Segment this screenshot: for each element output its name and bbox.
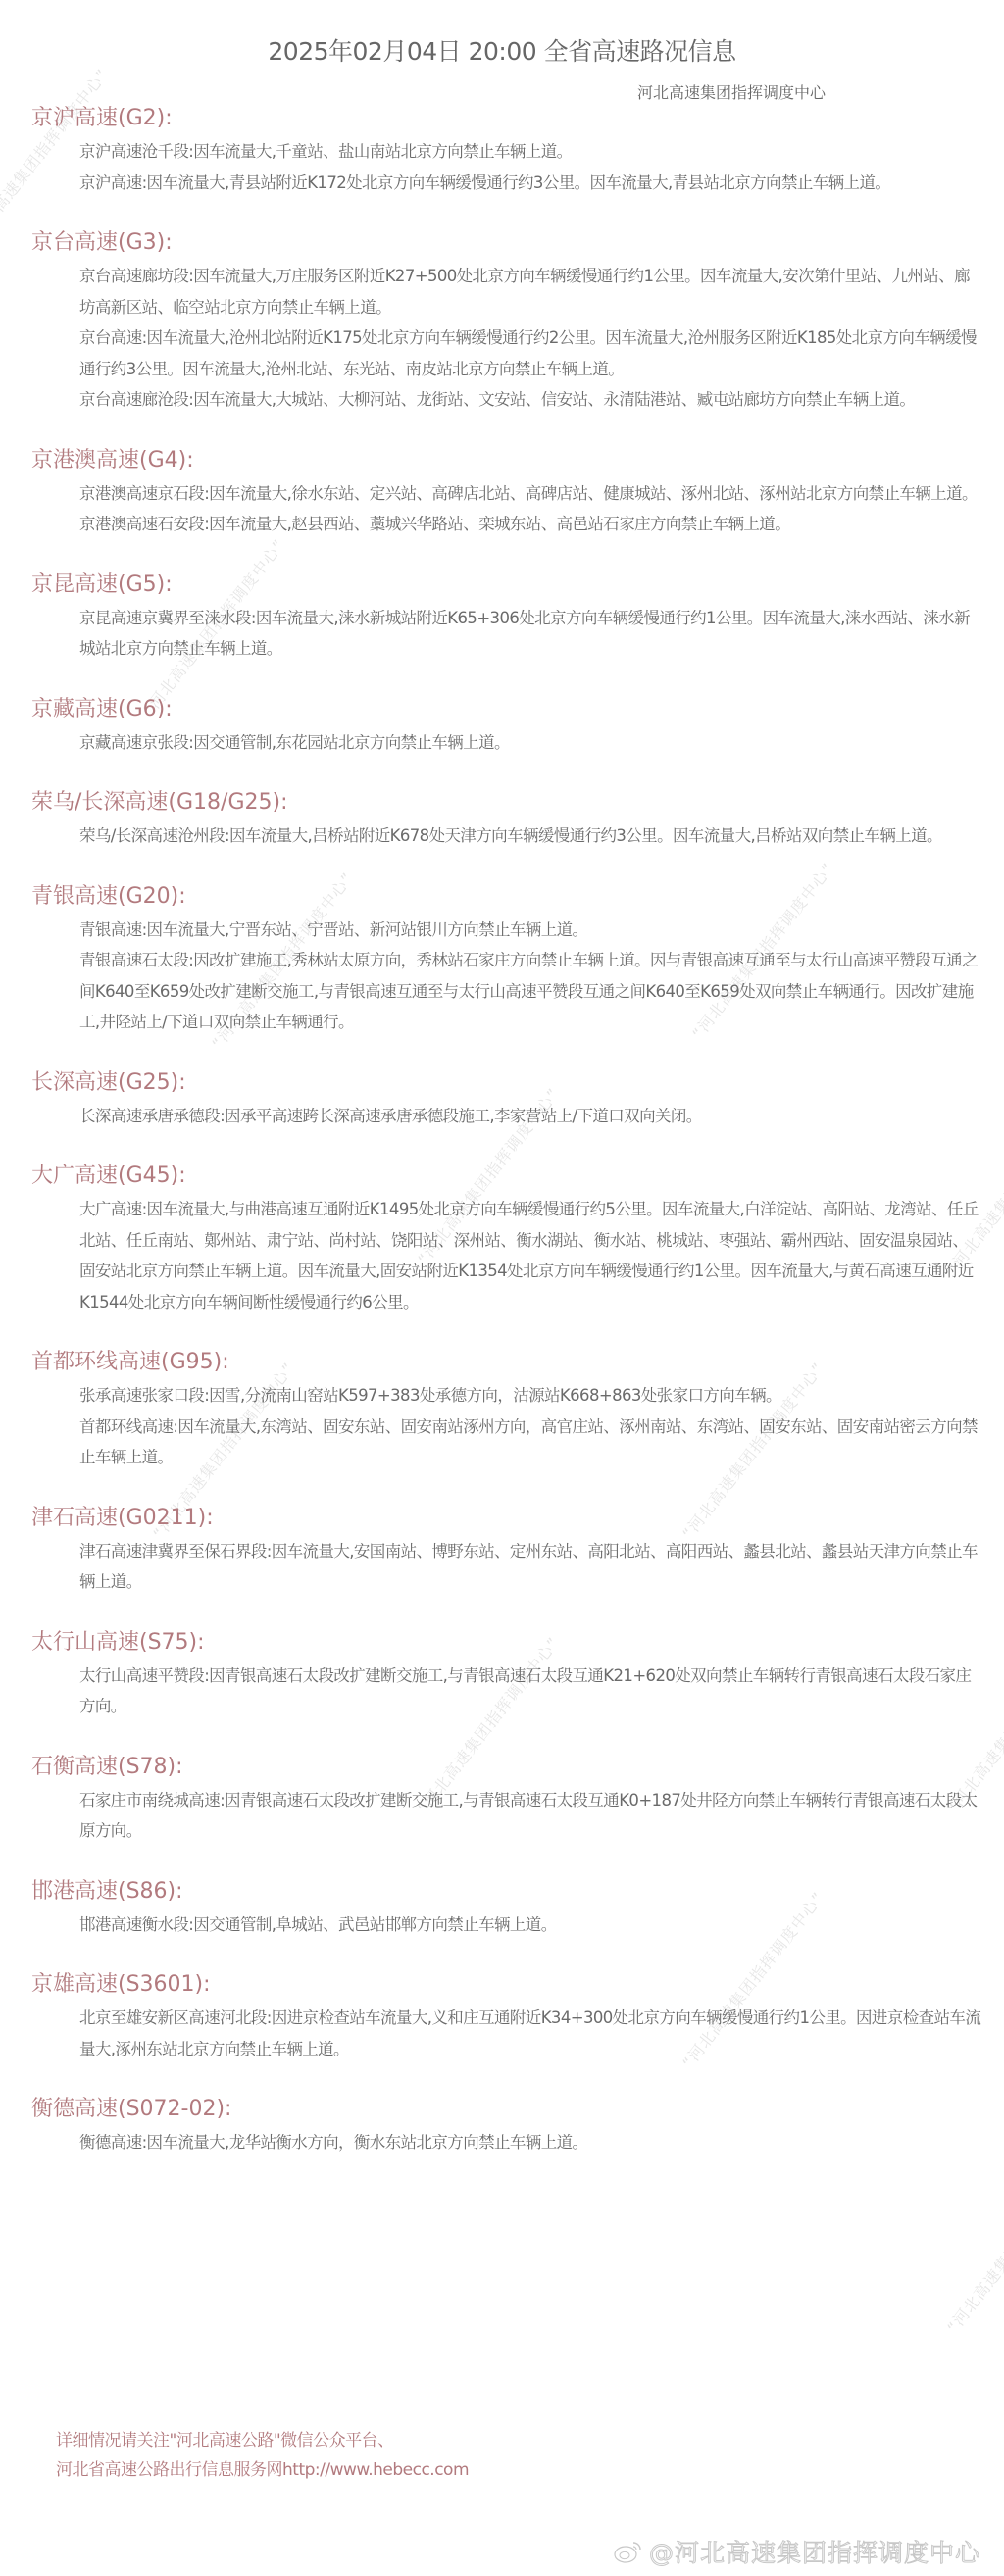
section-s78: 石衡高速(S78): 石家庄市南绕城高速:因青银高速石太段改扩建断交施工,与青银… <box>31 1752 982 1847</box>
section-g4: 京港澳高速(G4): 京港澳高速京石段:因车流量大,徐水东站、定兴站、高碑店北站… <box>31 445 982 540</box>
section-title: 首都环线高速(G95): <box>31 1347 982 1378</box>
section-title: 京沪高速(G2): <box>31 103 982 134</box>
status-entry: 邯港高速衡水段:因交通管制,阜城站、武邑站邯郸方向禁止车辆上道。 <box>79 1909 982 1941</box>
status-entry: 长深高速承唐承德段:因承平高速跨长深高速承唐承德段施工,李家营站上/下道口双向关… <box>79 1101 982 1132</box>
section-g95: 首都环线高速(G95): 张承高速张家口段:因雪,分流南山窑站K597+383处… <box>31 1347 982 1473</box>
section-g2: 京沪高速(G2): 京沪高速沧千段:因车流量大,千童站、盐山南站北京方向禁止车辆… <box>31 103 982 198</box>
section-title: 邯港高速(S86): <box>31 1876 982 1907</box>
status-entry: 京藏高速京张段:因交通管制,东花园站北京方向禁止车辆上道。 <box>79 727 982 759</box>
status-entry: 石家庄市南绕城高速:因青银高速石太段改扩建断交施工,与青银高速石太段互通K0+1… <box>79 1785 982 1847</box>
section-title: 太行山高速(S75): <box>31 1627 982 1659</box>
section-g20: 青银高速(G20): 青银高速:因车流量大,宁晋东站、宁晋站、新河站银川方向禁止… <box>31 881 982 1038</box>
section-g25: 长深高速(G25): 长深高速承唐承德段:因承平高速跨长深高速承唐承德段施工,李… <box>31 1067 982 1132</box>
status-entry: 青银高速:因车流量大,宁晋东站、宁晋站、新河站银川方向禁止车辆上道。 <box>79 915 982 946</box>
page-title: 2025年02月04日 20:00 全省高速路况信息 <box>0 32 1004 68</box>
weibo-watermark: @河北高速集团指挥调度中心 <box>614 2534 980 2569</box>
status-entry: 张承高速张家口段:因雪,分流南山窑站K597+383处承德方向，沽源站K668+… <box>79 1380 982 1412</box>
status-entry: 京昆高速京冀界至涞水段:因车流量大,涞水新城站附近K65+306处北京方向车辆缓… <box>79 603 982 665</box>
page-subtitle: 河北高速集团指挥调度中心 <box>637 80 826 103</box>
section-title: 石衡高速(S78): <box>31 1752 982 1783</box>
status-entry: 荣乌/长深高速沧州段:因车流量大,吕桥站附近K678处天津方向车辆缓慢通行约3公… <box>79 820 982 852</box>
section-title: 荣乌/长深高速(G18/G25): <box>31 787 982 818</box>
status-entry: 太行山高速平赞段:因青银高速石太段改扩建断交施工,与青银高速石太段互通K21+6… <box>79 1660 982 1722</box>
section-title: 京港澳高速(G4): <box>31 445 982 476</box>
status-entry: 京沪高速沧千段:因车流量大,千童站、盐山南站北京方向禁止车辆上道。 <box>79 136 982 168</box>
footer-line-wechat: 详细情况请关注"河北高速公路"微信公众平台、 <box>56 2426 469 2455</box>
weibo-handle: @河北高速集团指挥调度中心 <box>649 2534 980 2569</box>
section-s072-02: 衡德高速(S072-02): 衡德高速:因车流量大,龙华站衡水方向，衡水东站北京… <box>31 2094 982 2158</box>
section-g0211: 津石高速(G0211): 津石高速津冀界至保石界段:因车流量大,安国南站、博野东… <box>31 1503 982 1598</box>
section-title: 京雄高速(S3601): <box>31 1969 982 2001</box>
status-entry: 京台高速廊沧段:因车流量大,大城站、大柳河站、龙街站、文安站、信安站、永清陆港站… <box>79 384 982 416</box>
section-s86: 邯港高速(S86): 邯港高速衡水段:因交通管制,阜城站、武邑站邯郸方向禁止车辆… <box>31 1876 982 1941</box>
status-entry: 京港澳高速石安段:因车流量大,赵县西站、藁城兴华路站、栾城东站、高邑站石家庄方向… <box>79 509 982 540</box>
section-g18-g25: 荣乌/长深高速(G18/G25): 荣乌/长深高速沧州段:因车流量大,吕桥站附近… <box>31 787 982 852</box>
status-entry: 北京至雄安新区高速河北段:因进京检查站车流量大,义和庄互通附近K34+300处北… <box>79 2003 982 2064</box>
status-entry: 衡德高速:因车流量大,龙华站衡水方向，衡水东站北京方向禁止车辆上道。 <box>79 2127 982 2158</box>
status-entry: 青银高速石太段:因改扩建施工,秀林站太原方向，秀林站石家庄方向禁止车辆上道。因与… <box>79 945 982 1038</box>
status-entry: 首都环线高速:因车流量大,东湾站、固安东站、固安南站涿州方向，高官庄站、涿州南站… <box>79 1412 982 1473</box>
section-title: 津石高速(G0211): <box>31 1503 982 1534</box>
section-title: 大广高速(G45): <box>31 1161 982 1192</box>
status-entry: 京港澳高速京石段:因车流量大,徐水东站、定兴站、高碑店北站、高碑店站、健康城站、… <box>79 478 982 510</box>
weibo-icon <box>614 2539 643 2564</box>
section-title: 青银高速(G20): <box>31 881 982 913</box>
status-entry: 京台高速廊坊段:因车流量大,万庄服务区附近K27+500处北京方向车辆缓慢通行约… <box>79 261 982 322</box>
status-entry: 津石高速津冀界至保石界段:因车流量大,安国南站、博野东站、定州东站、高阳北站、高… <box>79 1536 982 1598</box>
section-title: 长深高速(G25): <box>31 1067 982 1099</box>
status-entry: 京台高速:因车流量大,沧州北站附近K175处北京方向车辆缓慢通行约2公里。因车流… <box>79 322 982 384</box>
status-entry: 大广高速:因车流量大,与曲港高速互通附近K1495处北京方向车辆缓慢通行约5公里… <box>79 1194 982 1317</box>
section-s75: 太行山高速(S75): 太行山高速平赞段:因青银高速石太段改扩建断交施工,与青银… <box>31 1627 982 1722</box>
footer-line-website[interactable]: 河北省高速公路出行信息服务网http://www.hebecc.com <box>56 2455 469 2485</box>
section-s3601: 京雄高速(S3601): 北京至雄安新区高速河北段:因进京检查站车流量大,义和庄… <box>31 1969 982 2064</box>
status-entry: 京沪高速:因车流量大,青县站附近K172处北京方向车辆缓慢通行约3公里。因车流量… <box>79 168 982 199</box>
footer-note: 详细情况请关注"河北高速公路"微信公众平台、 河北省高速公路出行信息服务网htt… <box>56 2426 469 2485</box>
section-g6: 京藏高速(G6): 京藏高速京张段:因交通管制,东花园站北京方向禁止车辆上道。 <box>31 694 982 759</box>
section-title: 京昆高速(G5): <box>31 570 982 601</box>
section-g3: 京台高速(G3): 京台高速廊坊段:因车流量大,万庄服务区附近K27+500处北… <box>31 227 982 416</box>
section-title: 衡德高速(S072-02): <box>31 2094 982 2125</box>
section-title: 京台高速(G3): <box>31 227 982 259</box>
section-g5: 京昆高速(G5): 京昆高速京冀界至涞水段:因车流量大,涞水新城站附近K65+3… <box>31 570 982 665</box>
section-g45: 大广高速(G45): 大广高速:因车流量大,与曲港高速互通附近K1495处北京方… <box>31 1161 982 1317</box>
section-title: 京藏高速(G6): <box>31 694 982 725</box>
road-status-list: 京沪高速(G2): 京沪高速沧千段:因车流量大,千童站、盐山南站北京方向禁止车辆… <box>31 103 982 2188</box>
